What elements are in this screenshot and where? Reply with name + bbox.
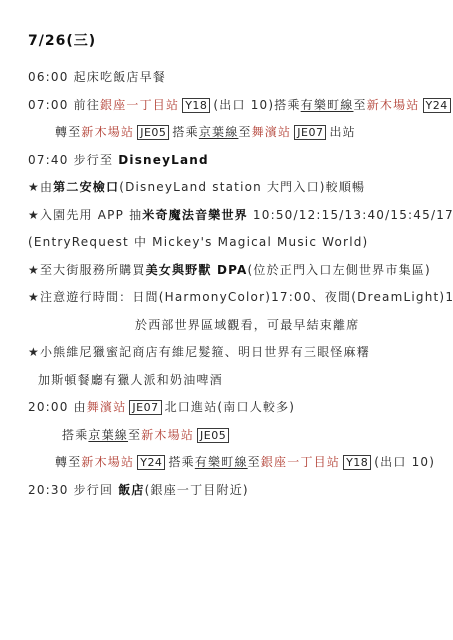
text-segment: (銀座一丁目附近) bbox=[145, 483, 249, 497]
itinerary-line: (EntryRequest 中 Mickey's Magical Music W… bbox=[28, 235, 445, 250]
itinerary-line: ★小熊維尼獵蜜記商店有維尼髮箍、明日世界有三眼怪麻糬 bbox=[28, 345, 445, 360]
text-segment: DisneyLand bbox=[118, 153, 209, 167]
text-segment: 飯店 bbox=[118, 483, 144, 497]
itinerary-line: 轉至新木場站Y24搭乘有樂町線至銀座一丁目站Y18(出口 10) bbox=[28, 455, 445, 470]
station-code-box: Y18 bbox=[182, 98, 210, 113]
text-segment: 10:50/12:15/13:40/15:45/17:10 bbox=[248, 208, 453, 222]
station-code-box: Y18 bbox=[343, 455, 371, 470]
itinerary-line: 於西部世界區域觀看，可最早結束離席 bbox=[28, 318, 445, 333]
text-segment: 至 bbox=[248, 455, 261, 469]
text-segment: 搭乘 bbox=[168, 455, 194, 469]
station-name: 新木場站 bbox=[81, 455, 134, 469]
text-segment: ★入園先用 APP 抽 bbox=[28, 208, 142, 222]
text-segment: ★由 bbox=[28, 180, 53, 194]
text-segment: (DisneyLand station 大門入口)較順暢 bbox=[119, 180, 365, 194]
station-code-box: JE07 bbox=[129, 400, 161, 415]
itinerary-line: ★入園先用 APP 抽米奇魔法音樂世界 10:50/12:15/13:40/15… bbox=[28, 208, 445, 223]
date-title: 7/26(三) bbox=[28, 30, 445, 50]
text-segment: 至 bbox=[128, 428, 141, 442]
itinerary-page: 7/26(三) 06:00 起床吃飯店早餐07:00 前往銀座一丁目站Y18(出… bbox=[0, 0, 453, 640]
itinerary-line: 加斯頓餐廳有獵人派和奶油啤酒 bbox=[28, 373, 445, 388]
station-name: 新木場站 bbox=[141, 428, 194, 442]
train-line-name: 京葉線 bbox=[88, 428, 128, 442]
text-segment: (EntryRequest 中 Mickey's Magical Music W… bbox=[28, 235, 368, 249]
text-segment: 於西部世界區域觀看，可最早結束離席 bbox=[135, 318, 359, 332]
text-segment: 加斯頓餐廳有獵人派和奶油啤酒 bbox=[38, 373, 223, 387]
station-name: 銀座一丁目站 bbox=[100, 98, 179, 112]
train-line-name: 有樂町線 bbox=[301, 98, 354, 112]
station-code-box: Y24 bbox=[137, 455, 165, 470]
itinerary-line: 20:00 由舞濱站JE07北口進站(南口人較多) bbox=[28, 400, 445, 415]
text-segment: 轉至 bbox=[55, 125, 81, 139]
itinerary-line: 07:00 前往銀座一丁目站Y18(出口 10)搭乘有樂町線至新木場站Y24 bbox=[28, 98, 445, 113]
station-name: 舞濱站 bbox=[252, 125, 292, 139]
text-segment: (出口 10)搭乘 bbox=[213, 98, 300, 112]
itinerary-line: ★注意遊行時間：日間(HarmonyColor)17:00、夜間(DreamLi… bbox=[28, 290, 445, 305]
text-segment: 06:00 起床吃飯店早餐 bbox=[28, 70, 166, 84]
itinerary-line: ★由第二安檢口(DisneyLand station 大門入口)較順暢 bbox=[28, 180, 445, 195]
text-segment: 20:00 由 bbox=[28, 400, 87, 414]
text-segment: 搭乘 bbox=[62, 428, 88, 442]
itinerary-line: ★至大街服務所購買美女與野獸 DPA(位於正門入口左側世界市集區) bbox=[28, 263, 445, 278]
text-segment: 07:00 前往 bbox=[28, 98, 100, 112]
station-name: 銀座一丁目站 bbox=[261, 455, 340, 469]
text-segment: (出口 10) bbox=[374, 455, 435, 469]
station-code-box: JE07 bbox=[294, 125, 326, 140]
text-segment: 至 bbox=[238, 125, 251, 139]
text-segment: 美女與野獸 DPA bbox=[146, 263, 248, 277]
itinerary-lines: 06:00 起床吃飯店早餐07:00 前往銀座一丁目站Y18(出口 10)搭乘有… bbox=[28, 70, 445, 498]
text-segment: 搭乘 bbox=[172, 125, 198, 139]
station-code-box: JE05 bbox=[137, 125, 169, 140]
text-segment: 20:30 步行回 bbox=[28, 483, 118, 497]
text-segment: ★注意遊行時間：日間(HarmonyColor)17:00、夜間(DreamLi… bbox=[28, 290, 453, 304]
text-segment: 07:40 步行至 bbox=[28, 153, 118, 167]
text-segment: 轉至 bbox=[55, 455, 81, 469]
station-code-box: Y24 bbox=[423, 98, 451, 113]
station-code-box: JE05 bbox=[197, 428, 229, 443]
train-line-name: 京葉線 bbox=[199, 125, 239, 139]
text-segment: 北口進站(南口人較多) bbox=[165, 400, 296, 414]
itinerary-line: 20:30 步行回 飯店(銀座一丁目附近) bbox=[28, 483, 445, 498]
text-segment: 米奇魔法音樂世界 bbox=[142, 208, 248, 222]
station-name: 新木場站 bbox=[81, 125, 134, 139]
text-segment: ★至大街服務所購買 bbox=[28, 263, 146, 277]
text-segment: 至 bbox=[353, 98, 366, 112]
itinerary-line: 轉至新木場站JE05搭乘京葉線至舞濱站JE07出站 bbox=[28, 125, 445, 140]
text-segment: ★小熊維尼獵蜜記商店有維尼髮箍、明日世界有三眼怪麻糬 bbox=[28, 345, 370, 359]
train-line-name: 有樂町線 bbox=[195, 455, 248, 469]
text-segment: 第二安檢口 bbox=[53, 180, 119, 194]
text-segment: 出站 bbox=[329, 125, 355, 139]
itinerary-line: 06:00 起床吃飯店早餐 bbox=[28, 70, 445, 85]
text-segment: (位於正門入口左側世界市集區) bbox=[247, 263, 430, 277]
itinerary-line: 搭乘京葉線至新木場站JE05 bbox=[28, 428, 445, 443]
itinerary-line: 07:40 步行至 DisneyLand bbox=[28, 153, 445, 168]
station-name: 新木場站 bbox=[367, 98, 420, 112]
station-name: 舞濱站 bbox=[87, 400, 127, 414]
